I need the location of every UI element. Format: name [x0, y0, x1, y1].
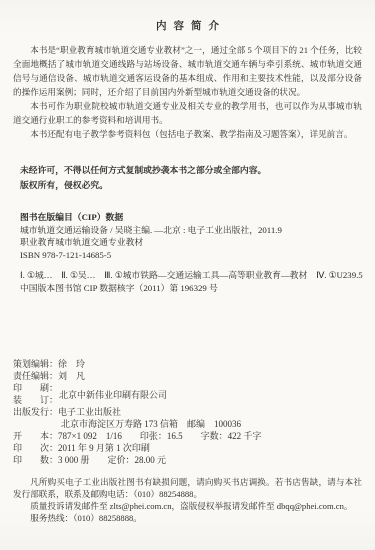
printing-label: 印 刷： [13, 382, 58, 394]
service-hotline: 服务热线：（010）88258888。 [13, 512, 362, 524]
executive-editor-label: 责任编辑： [13, 370, 58, 382]
planning-editor-name: 徐 玲 [58, 358, 85, 370]
copyright-permission-line: 未经许可，不得以任何方式复制或抄袭本书之部分或全部内容。 [20, 163, 362, 178]
book-copyright-page: 内容简介 本书是“职业教育城市轨道交通专业教材”之一，通过全部 5 个项目下的 … [0, 0, 375, 550]
summary-paragraph-3: 本书还配有电子教学参考资料包（包括电子教案、教学指南及习题答案），详见前言。 [13, 127, 362, 141]
page-title: 内容简介 [13, 18, 362, 33]
publisher-address: 北京市海淀区万寿路 173 信箱 邮编 100036 [13, 418, 362, 430]
cip-classification: Ⅰ. ①城… Ⅱ. ①吴… Ⅲ. ①城市铁路—交通运输工具—高等职业教育—教材 … [20, 269, 362, 282]
summary-paragraph-1: 本书是“职业教育城市轨道交通专业教材”之一，通过全部 5 个项目下的 21 个任… [13, 43, 362, 99]
impression-row: 印 次： 2011 年 9 月第 1 次印刷 [13, 442, 362, 454]
cip-data-section: 图书在版编目（CIP）数据 城市轨道交通运输设备 / 吴晓主编. —北京 : 电… [13, 211, 362, 294]
cip-isbn: ISBN 978-7-121-14685-5 [20, 249, 362, 262]
publisher-name: 电子工业出版社 [58, 406, 121, 418]
executive-editor-name: 刘 凡 [58, 370, 85, 382]
impression-label: 印 次： [13, 442, 58, 454]
purchase-notice: 凡所购买电子工业出版社图书有缺损问题，请向购买书店调换。若书店售缺，请与本社发行… [13, 476, 362, 500]
publisher-label: 出版发行： [13, 406, 58, 418]
print-run-value: 3 000 册 定价：28.00 元 [58, 454, 166, 466]
format-label: 开 本： [13, 430, 58, 442]
colophon-section: 策划编辑： 徐 玲 责任编辑： 刘 凡 印 刷： 装 订： 北京中新伟业印刷有限… [13, 358, 362, 466]
cip-series-line: 职业教育城市轨道交通专业教材 [20, 236, 362, 249]
planning-editor-row: 策划编辑： 徐 玲 [13, 358, 362, 370]
cip-heading: 图书在版编目（CIP）数据 [20, 211, 362, 224]
print-run-row: 印 数： 3 000 册 定价：28.00 元 [13, 454, 362, 466]
cip-record-number: 中国版本图书馆 CIP 数据核字（2011）第 196329 号 [20, 282, 362, 295]
cip-title-line: 城市轨道交通运输设备 / 吴晓主编. —北京 : 电子工业出版社，2011.9 [20, 224, 362, 237]
quality-complaint-line: 质量投诉请发邮件至 zlts@phei.com.cn，盗版侵权举报请发邮件至 d… [13, 500, 362, 512]
impression-value: 2011 年 9 月第 1 次印刷 [58, 442, 150, 454]
summary-paragraph-2: 本书可作为职业院校城市轨道交通专业及相关专业的教学用书，也可以作为从事城市轨道交… [13, 99, 362, 127]
publisher-row: 出版发行： 电子工业出版社 [13, 406, 362, 418]
planning-editor-label: 策划编辑： [13, 358, 58, 370]
summary-section: 本书是“职业教育城市轨道交通专业教材”之一，通过全部 5 个项目下的 21 个任… [13, 43, 362, 141]
binding-label: 装 订： [13, 394, 58, 406]
copyright-notice: 未经许可，不得以任何方式复制或抄袭本书之部分或全部内容。 版权所有，侵权必究。 [13, 163, 362, 193]
printer-binder-labels: 印 刷： 装 订： [13, 382, 58, 406]
format-value: 787×1 092 1/16 印张：16.5 字数：422 千字 [58, 430, 261, 442]
format-row: 开 本： 787×1 092 1/16 印张：16.5 字数：422 千字 [13, 430, 362, 442]
printer-binder-group: 印 刷： 装 订： 北京中新伟业印刷有限公司 [13, 382, 362, 406]
printer-name: 北京中新伟业印刷有限公司 [58, 382, 167, 406]
executive-editor-row: 责任编辑： 刘 凡 [13, 370, 362, 382]
print-run-label: 印 数： [13, 454, 58, 466]
copyright-reserved-line: 版权所有，侵权必究。 [20, 178, 362, 193]
service-notes-section: 凡所购买电子工业出版社图书有缺损问题，请向购买书店调换。若书店售缺，请与本社发行… [13, 476, 362, 524]
